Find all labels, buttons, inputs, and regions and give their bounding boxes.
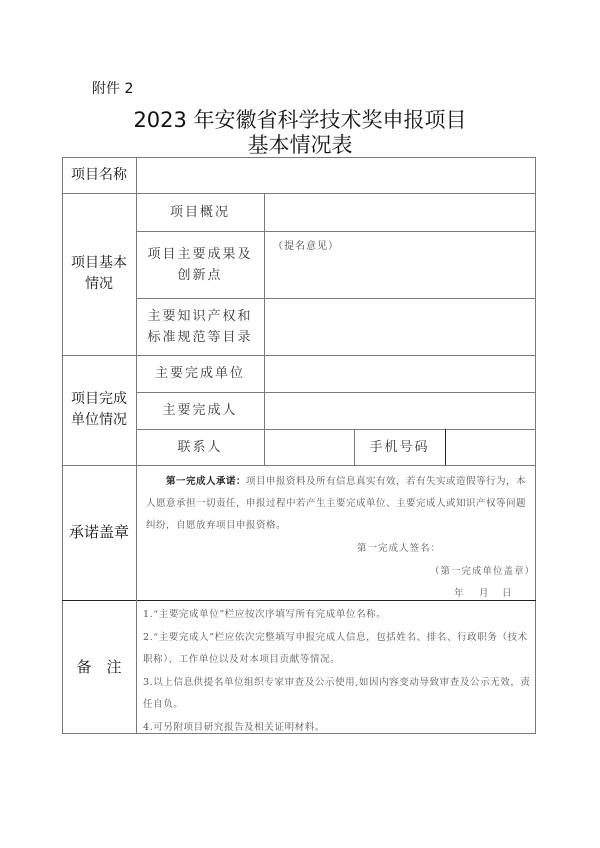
basic-info-label: 项目基本 情况 — [62, 193, 136, 355]
ip-label: 主要知识产权和 标准规范等目录 — [136, 298, 264, 355]
project-name-label: 项目名称 — [62, 157, 136, 193]
notes-label: 备 注 — [62, 600, 136, 734]
main-person-field[interactable] — [265, 393, 535, 429]
note-item: 4.可另附项目研究报告及相关证明材料。 — [143, 717, 533, 740]
achievements-label: 项目主要成果及 创新点 — [136, 231, 264, 298]
phone-label: 手机号码 — [354, 429, 445, 465]
nomination-opinion-hint: （提名意见） — [273, 237, 339, 252]
notes-list: 1.“主要完成单位”栏应按次序填写所有完成单位名称。 2.“主要完成人”栏应依次… — [143, 604, 533, 739]
basic-info-label-line1: 项目基本 — [71, 253, 127, 274]
achievements-label-line2: 创新点 — [177, 265, 222, 286]
first-completer-signature-label[interactable]: 第一完成人签名： — [357, 540, 441, 554]
date-day: 日 — [502, 585, 513, 599]
overview-field[interactable] — [265, 194, 535, 231]
completion-label-line2: 单位情况 — [71, 410, 127, 431]
note-item: 1.“主要完成单位”栏应按次序填写所有完成单位名称。 — [143, 604, 533, 627]
completion-label: 项目完成 单位情况 — [62, 355, 136, 465]
note-item: 2.“主要完成人”栏应依次完整填写申报完成人信息，包括姓名、排名、行政职务（技术… — [143, 627, 533, 672]
commitment-label: 承诺盖章 — [62, 465, 136, 600]
ip-field[interactable] — [265, 299, 535, 355]
date-year: 年 — [454, 585, 465, 599]
ip-label-line2: 标准规范等目录 — [147, 327, 252, 348]
contact-label: 联系人 — [136, 429, 264, 465]
phone-field[interactable] — [446, 430, 535, 465]
first-unit-seal-label[interactable]: （第一完成单位盖章） — [430, 563, 535, 577]
main-unit-field[interactable] — [265, 356, 535, 392]
main-unit-label: 主要完成单位 — [136, 355, 264, 392]
achievements-label-line1: 项目主要成果及 — [147, 244, 252, 265]
completion-label-line1: 项目完成 — [71, 389, 127, 410]
basic-info-label-line2: 情况 — [85, 274, 113, 295]
commitment-text: 第一完成人承诺：项目申报资料及所有信息真实有效，若有失实或造假等行为，本人愿意承… — [146, 471, 530, 537]
project-name-field[interactable] — [137, 158, 535, 193]
ip-label-line1: 主要知识产权和 — [147, 306, 252, 327]
contact-field[interactable] — [265, 430, 354, 465]
attachment-label: 附件 2 — [92, 78, 133, 98]
overview-label: 项目概况 — [136, 193, 264, 231]
page-subtitle: 基本情况表 — [0, 129, 600, 159]
commitment-lead: 第一完成人承诺： — [166, 476, 246, 487]
date-month: 月 — [479, 585, 490, 599]
note-item: 3.以上信息供提名单位组织专家审查及公示使用,如因内容变动导致审查及公示无效，责… — [143, 672, 533, 717]
main-person-label: 主要完成人 — [136, 392, 264, 429]
